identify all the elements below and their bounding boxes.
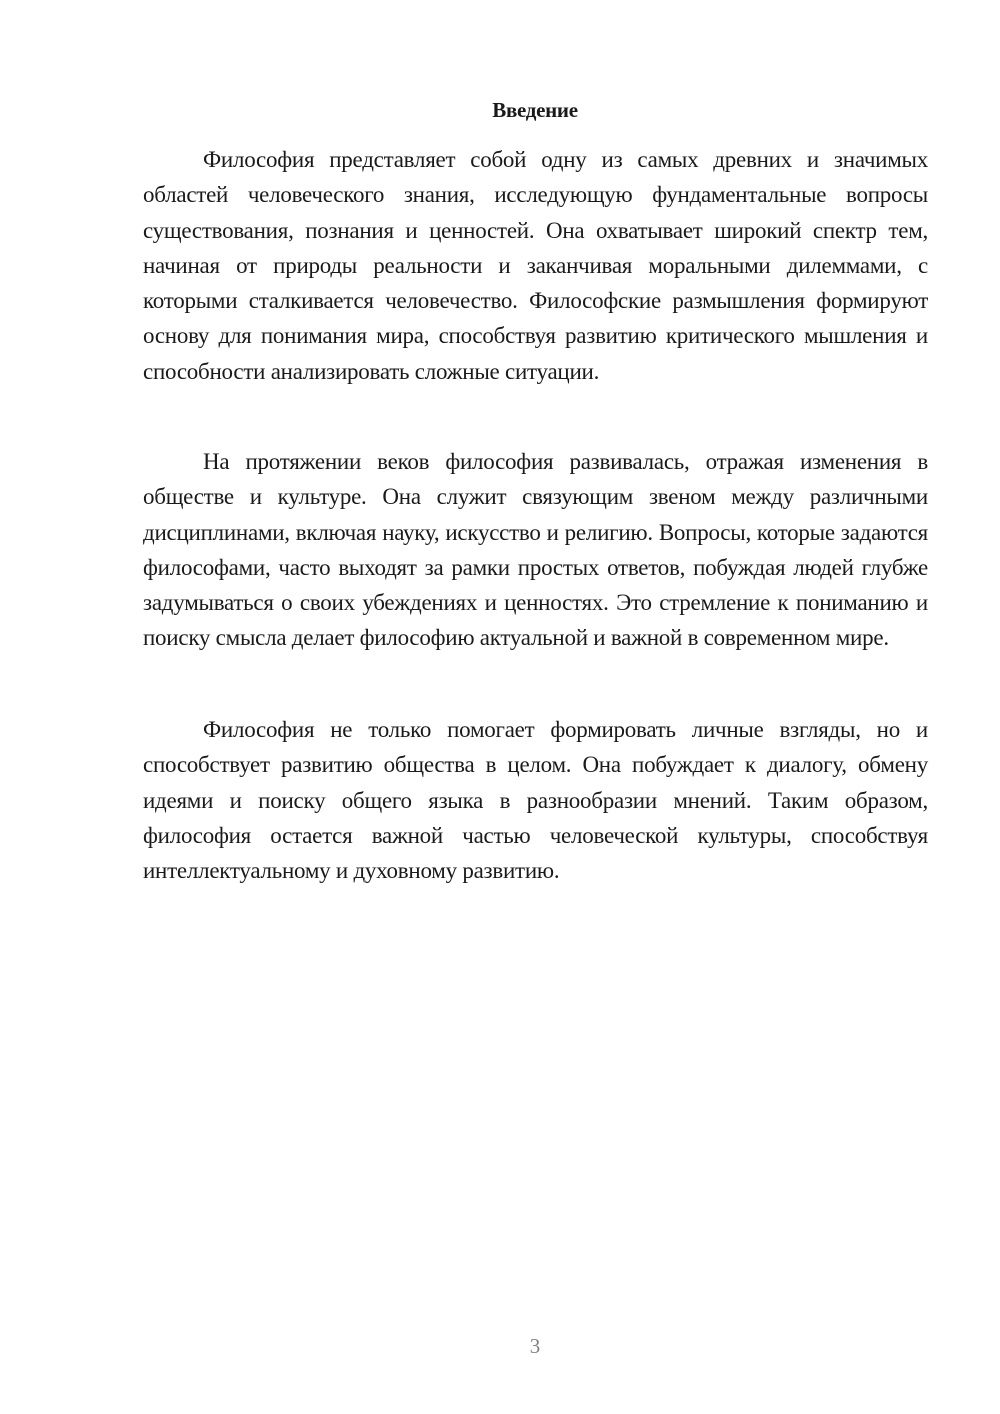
- page-number: 3: [0, 1334, 1000, 1359]
- paragraph-2: На протяжении веков философия развивалас…: [143, 444, 928, 656]
- paragraph-1: Философия представляет собой одну из сам…: [143, 142, 928, 389]
- section-heading: Введение: [0, 94, 1000, 126]
- document-page: Введение Философия представляет собой од…: [0, 0, 1000, 1414]
- paragraph-3: Философия не только помогает формировать…: [143, 712, 928, 888]
- paragraph-container-1: Философия представляет собой одну из сам…: [143, 142, 928, 389]
- paragraph-container-3: Философия не только помогает формировать…: [143, 712, 928, 888]
- paragraph-container-2: На протяжении веков философия развивалас…: [143, 444, 928, 656]
